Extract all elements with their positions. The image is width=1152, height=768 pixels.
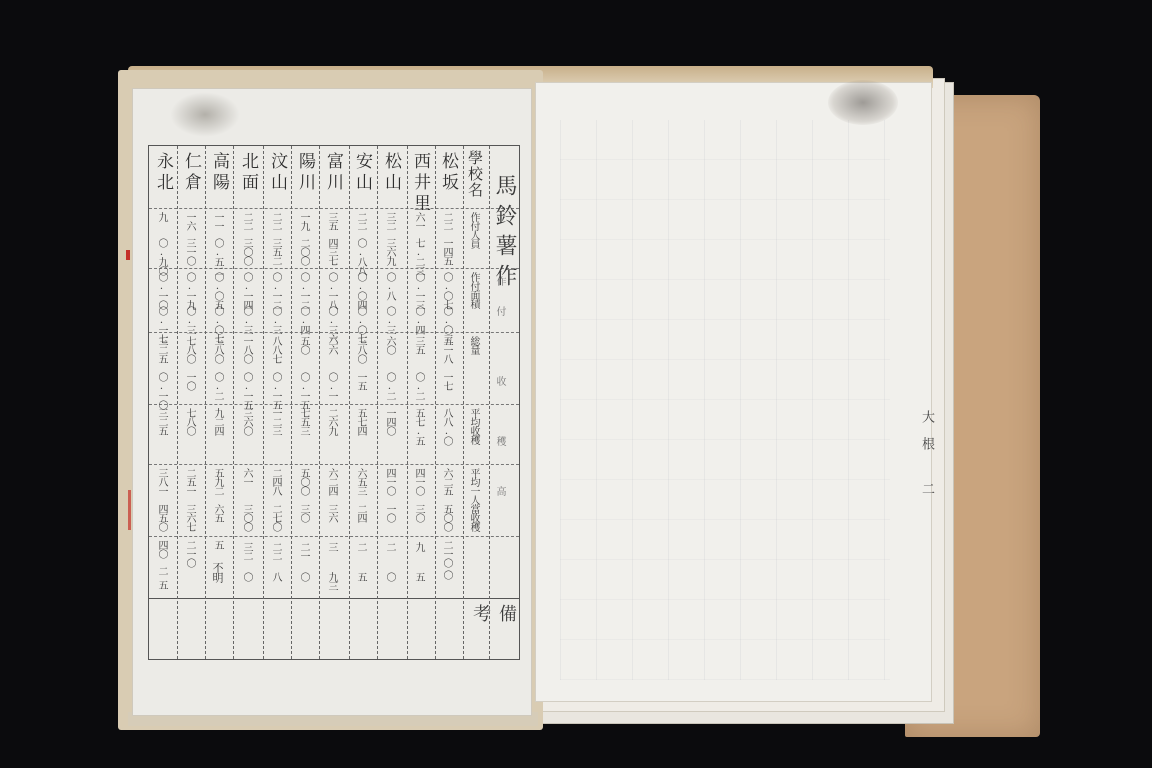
school-name: 仁倉 xyxy=(181,152,201,194)
cell: 七五三 xyxy=(297,408,309,435)
cell: 〇 xyxy=(383,572,395,581)
cell: 四〇 xyxy=(155,540,167,558)
stain xyxy=(828,80,898,125)
cell: 九二四 xyxy=(211,408,223,435)
cell: 五 xyxy=(354,572,366,581)
cell: 〇 xyxy=(440,570,452,579)
faint-header-label: 付 xyxy=(493,306,505,315)
cell: 一七 xyxy=(440,372,452,390)
cell: 五 xyxy=(155,580,167,589)
cell: 〇.三 xyxy=(269,306,281,334)
cell: 八 xyxy=(269,572,281,581)
cell: 六二五 xyxy=(440,468,452,495)
cell: 〇.一五 xyxy=(269,372,281,409)
column-header: 総量 xyxy=(467,336,479,354)
cell: 不明 xyxy=(211,562,223,582)
cell: 六五三 xyxy=(354,468,366,495)
cell: 〇.三 xyxy=(183,306,195,334)
cell: 〇.一九 xyxy=(183,272,195,309)
cell: 〇.一五 xyxy=(297,372,309,409)
cell: 二四八 xyxy=(269,468,281,495)
cell: 三 xyxy=(325,542,337,551)
cell: 九 xyxy=(412,542,424,551)
cell: 五九二 xyxy=(211,468,223,495)
school-name: 北面 xyxy=(238,152,258,194)
cell: 一一 xyxy=(211,212,223,230)
cell: 三五 xyxy=(325,212,337,230)
cell: 六〇 xyxy=(383,336,395,354)
cell: 六一 xyxy=(240,468,252,486)
faint-header-label: 收 xyxy=(493,376,505,385)
cell: 二二 xyxy=(240,212,252,230)
cell: 三二 xyxy=(383,212,395,230)
cell: 二一〇 xyxy=(440,540,452,567)
right-margin-text: 大根 二 xyxy=(912,410,936,509)
col-divider xyxy=(463,146,464,659)
col-divider xyxy=(435,146,436,659)
cell: 〇.八八 xyxy=(354,238,366,275)
cell: 六一 xyxy=(412,212,424,230)
red-mark xyxy=(128,490,131,530)
cell: 〇.九〇 xyxy=(155,238,167,275)
col-divider xyxy=(349,146,350,659)
cell: 五 xyxy=(211,540,223,549)
col-divider xyxy=(205,146,206,659)
cell: 二二 xyxy=(269,212,281,230)
cell: 五〇〇 xyxy=(440,504,452,531)
cell: 二一 xyxy=(297,542,309,560)
cell: 五 xyxy=(412,572,424,581)
cell: 三五二 xyxy=(269,238,281,265)
cell: 七八〇 xyxy=(183,336,195,363)
cell: 〇.四 xyxy=(412,306,424,334)
school-name: 西井里 xyxy=(410,152,430,215)
right-page-faint-grid xyxy=(560,120,890,680)
cell: 一〇 xyxy=(383,504,395,522)
cell: 三〇 xyxy=(412,504,424,522)
cell: 二〇〇 xyxy=(297,238,309,265)
cell: 二 xyxy=(383,542,395,551)
col-divider xyxy=(407,146,408,659)
cell: 二 xyxy=(354,542,366,551)
cell: 〇.一八 xyxy=(325,272,337,309)
cell: 三六九 xyxy=(383,238,395,265)
cell: 三一〇 xyxy=(183,238,195,265)
cell: 〇.三 xyxy=(383,306,395,334)
cell: 七.二三 xyxy=(412,238,424,275)
cell: 〇.一二 xyxy=(297,272,309,309)
faint-header-label: 穫 xyxy=(493,436,505,445)
cell: 三〇〇 xyxy=(240,504,252,531)
data-table: 松坂 西井里 松山 安山 富川 陽川 汶山 北面 高陽 仁倉 永北 學校名 作付… xyxy=(148,145,520,660)
cell: 二六 xyxy=(325,336,337,354)
cell: 三六 xyxy=(325,504,337,522)
cell: 〇.二 xyxy=(383,372,395,400)
cell: 〇.五二 xyxy=(211,238,223,275)
cell: 一八〇 xyxy=(240,336,252,363)
cell: 八八七 xyxy=(269,336,281,363)
cell: 九 xyxy=(155,212,167,221)
cell: 三〇 xyxy=(297,504,309,522)
cell: 四五〇 xyxy=(155,504,167,531)
cell: 〇.一 xyxy=(325,372,337,400)
document-title: 馬鈴薯作 xyxy=(489,174,520,294)
cell: 二 xyxy=(155,566,167,575)
school-name: 高陽 xyxy=(209,152,229,194)
cell: 五一八 xyxy=(440,336,452,363)
school-name-header: 學校名 xyxy=(465,150,485,198)
cell: 一四〇 xyxy=(383,408,395,435)
cell: 〇.〇七 xyxy=(440,272,452,309)
cell: 三八一 xyxy=(155,468,167,495)
cell: 〇.一五 xyxy=(240,372,252,409)
remarks-label: 備考 xyxy=(467,604,519,659)
cell: 一〇 xyxy=(183,372,195,390)
cell: 三六〇 xyxy=(240,408,252,435)
stain xyxy=(170,92,240,137)
col-divider xyxy=(263,146,264,659)
school-name: 富川 xyxy=(323,152,343,194)
cell: 一六 xyxy=(183,212,195,230)
cell: 九三 xyxy=(325,572,337,590)
cell: 一四五 xyxy=(440,238,452,265)
school-name: 安山 xyxy=(352,152,372,194)
cell: 四一〇 xyxy=(412,468,424,495)
cell: 〇.八 xyxy=(383,272,395,300)
cell: 〇.一〇 xyxy=(155,372,167,409)
cell: 二七〇 xyxy=(269,504,281,531)
cell: 三八〇 xyxy=(211,336,223,363)
cell: 三六七 xyxy=(183,504,195,531)
cell: 〇.四 xyxy=(297,306,309,334)
col-divider xyxy=(319,146,320,659)
cell: 〇.一〇 xyxy=(155,272,167,309)
cell: 五七四 xyxy=(354,408,366,435)
cell: 六二四 xyxy=(325,468,337,495)
cell: 二五一 xyxy=(183,468,195,495)
cell: 五七.五 xyxy=(412,408,424,445)
cell: 三二 xyxy=(240,542,252,560)
school-name: 松山 xyxy=(381,152,401,194)
cell: 一二三 xyxy=(269,408,281,435)
cell: 五〇〇 xyxy=(297,468,309,495)
cell: 〇.一三 xyxy=(412,272,424,309)
cell: 八八.〇 xyxy=(440,408,452,445)
column-header: 作付人員 xyxy=(467,212,479,248)
col-divider xyxy=(177,146,178,659)
cell: 〇 xyxy=(240,572,252,581)
cell: 三八〇 xyxy=(354,336,366,363)
school-name: 松坂 xyxy=(438,152,458,194)
cell: 〇.一二 xyxy=(269,272,281,309)
cell: 二二 xyxy=(269,542,281,560)
cell: 三二五 xyxy=(155,336,167,363)
cell: 七八〇 xyxy=(183,408,195,435)
column-header: 平均一人當收穫 xyxy=(467,468,479,531)
cell: 〇.〇四 xyxy=(354,272,366,309)
col-divider xyxy=(377,146,378,659)
cell: 〇.〇五 xyxy=(211,272,223,309)
column-header: 作付面積 xyxy=(467,272,479,308)
cell: 一五 xyxy=(354,372,366,390)
cell: 〇.二 xyxy=(412,372,424,400)
cell: 二四 xyxy=(354,504,366,522)
column-header: 平均收穫 xyxy=(467,408,479,444)
school-name: 陽川 xyxy=(295,152,315,194)
cell: 〇.一四 xyxy=(240,272,252,309)
cell: 二二 xyxy=(440,212,452,230)
cell: 〇 xyxy=(297,572,309,581)
cell: 二一〇 xyxy=(183,540,195,567)
col-divider xyxy=(233,146,234,659)
cell: 一九 xyxy=(297,212,309,230)
col-divider xyxy=(291,146,292,659)
red-mark xyxy=(126,250,130,260)
cell: 三五 xyxy=(412,336,424,354)
school-name: 永北 xyxy=(153,152,173,194)
cell: 六五 xyxy=(211,504,223,522)
school-name: 汶山 xyxy=(267,152,287,194)
cell: 四三七 xyxy=(325,238,337,265)
cell: 〇.二 xyxy=(211,372,223,400)
cell: 五〇 xyxy=(297,336,309,354)
cell: 二六九 xyxy=(325,408,337,435)
cell: 〇.三 xyxy=(240,306,252,334)
cell: 二二 xyxy=(354,212,366,230)
cell: 四一〇 xyxy=(383,468,395,495)
faint-header-label: 高 xyxy=(493,486,505,495)
cell: 三二五 xyxy=(155,408,167,435)
cell: 三〇〇 xyxy=(240,238,252,265)
